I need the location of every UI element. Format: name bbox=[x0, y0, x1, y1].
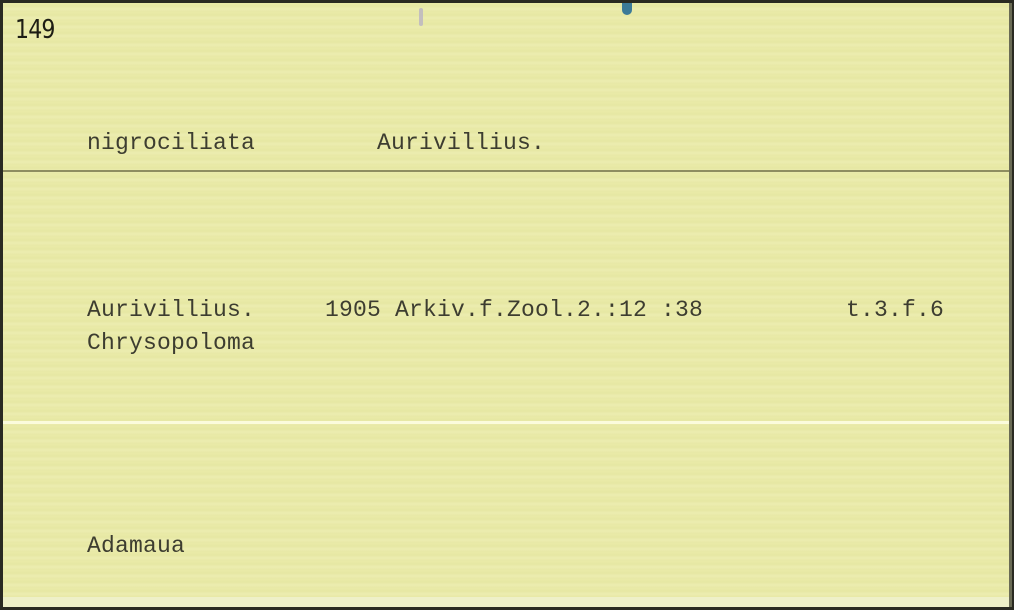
species-author: Aurivillius. bbox=[377, 130, 545, 156]
locality: Adamaua bbox=[87, 533, 185, 559]
citation-reference: 1905 Arkiv.f.Zool.2.:12 :38 bbox=[325, 297, 703, 323]
index-card: 149 nigrociliata Aurivillius. Aurivilliu… bbox=[3, 3, 1012, 607]
middle-rule bbox=[3, 421, 1009, 424]
genus-name: Chrysopoloma bbox=[87, 330, 255, 356]
ink-mark bbox=[622, 3, 632, 15]
citation-plate: t.3.f.6 bbox=[846, 297, 944, 323]
species-name: nigrociliata bbox=[87, 130, 255, 156]
citation-author: Aurivillius. bbox=[87, 297, 255, 323]
pencil-mark bbox=[419, 8, 423, 26]
card-number: 149 bbox=[15, 15, 55, 45]
header-rule bbox=[3, 170, 1009, 172]
